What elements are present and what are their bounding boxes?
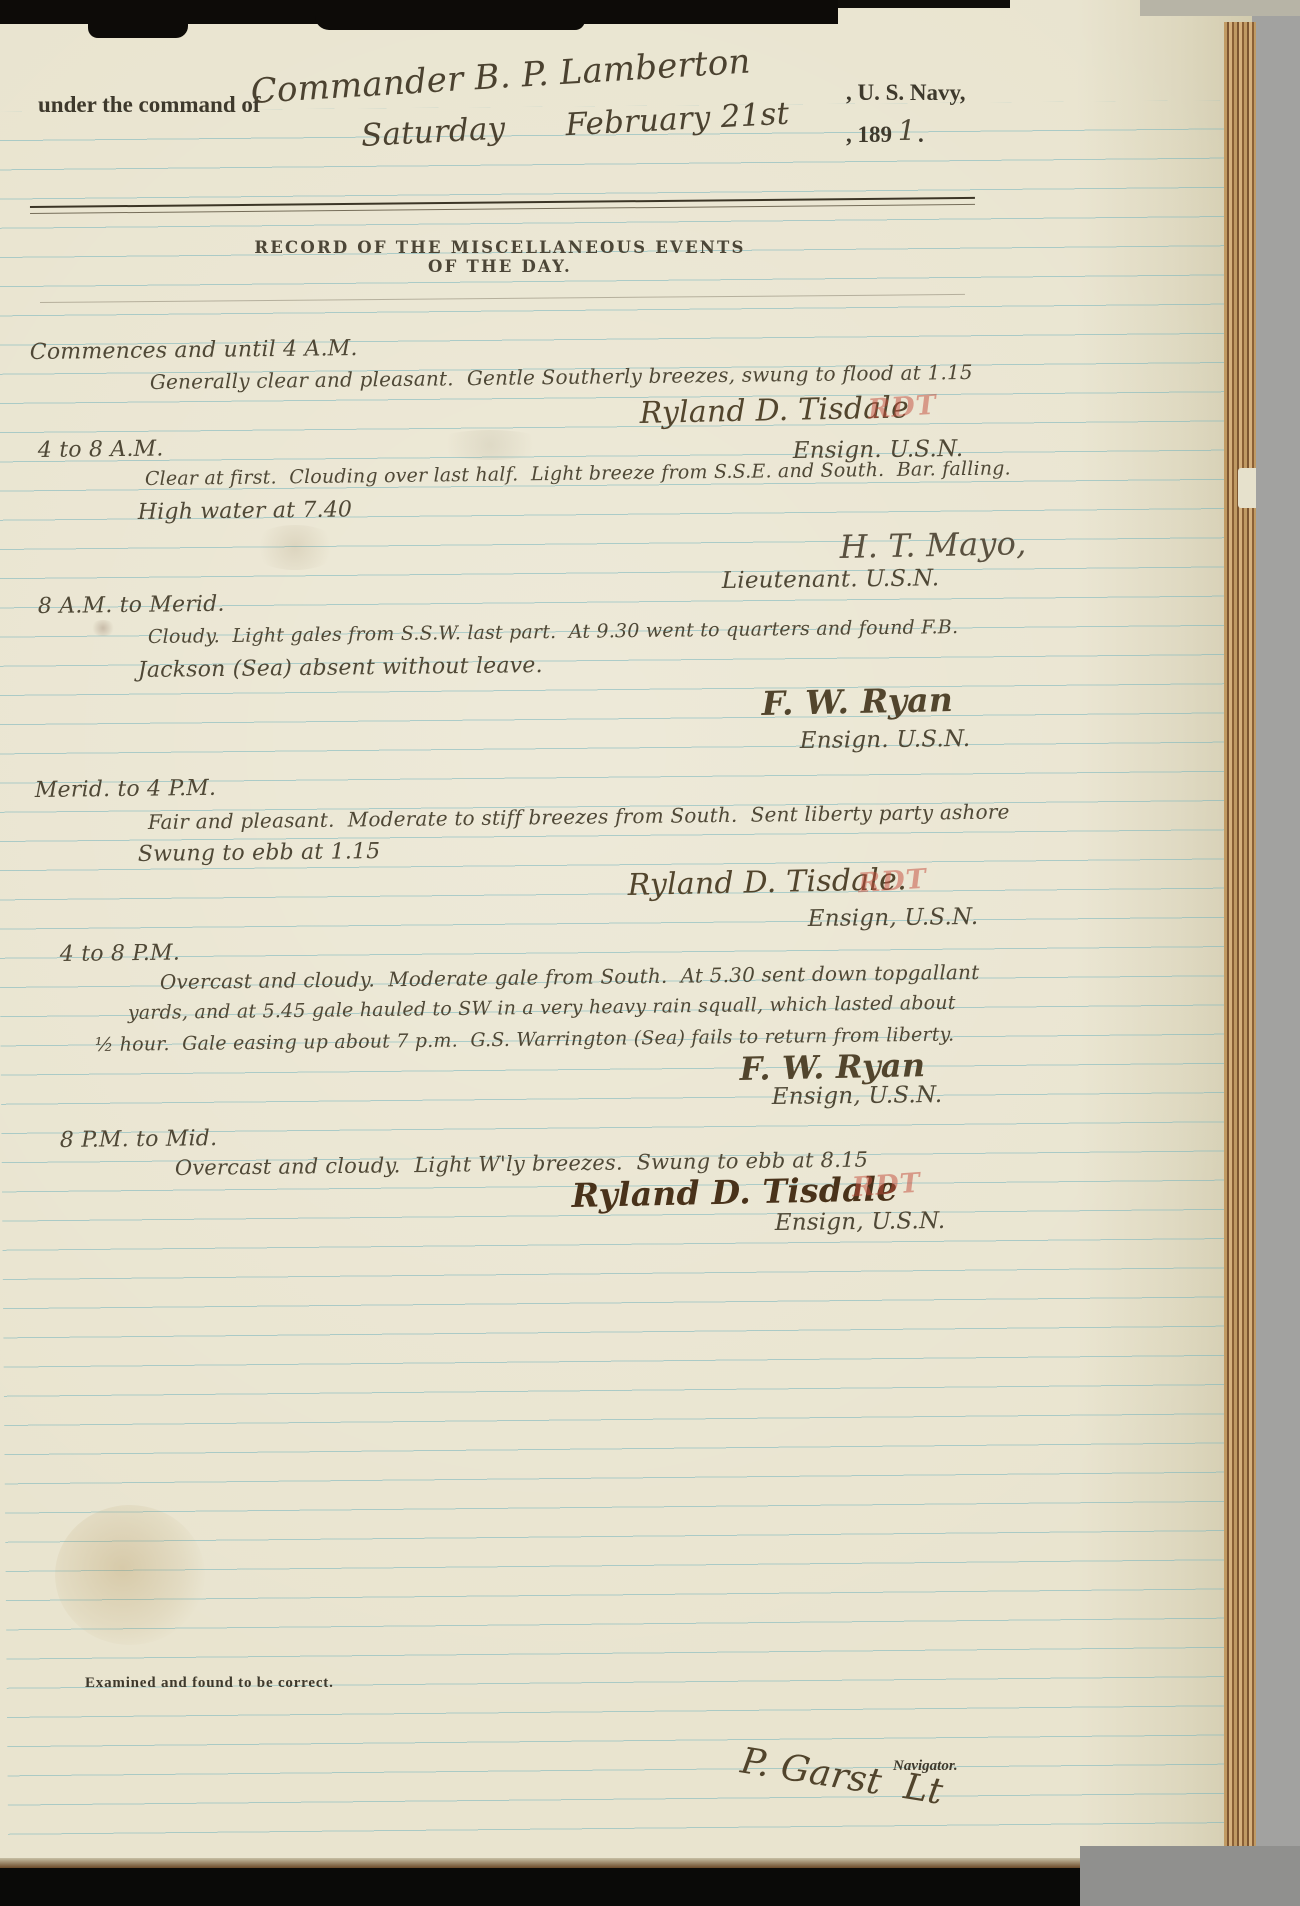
rank-line: Ensign, U.S.N.	[772, 1082, 943, 1110]
bottom-shadow-band	[0, 1868, 1080, 1906]
watch-label: 4 to 8 A.M.	[38, 436, 164, 463]
page-stack-edge	[1224, 22, 1256, 1868]
scanner-background	[1256, 0, 1300, 1906]
rank-line: Lieutenant. U.S.N.	[722, 565, 940, 594]
scanner-corner	[1080, 1846, 1300, 1906]
signature: H. T. Mayo,	[839, 524, 1027, 566]
watch-label: Merid. to 4 P.M.	[35, 776, 217, 803]
rank-line: Ensign, U.S.N.	[775, 1208, 946, 1236]
printed-year-period: .	[918, 122, 924, 148]
red-initial-stamp: RDT	[851, 1168, 922, 1204]
watch-label: Commences and until 4 A.M.	[30, 336, 358, 365]
page-title: RECORD OF THE MISCELLANEOUS EVENTS OF TH…	[250, 238, 750, 276]
red-initial-stamp: RDT	[867, 390, 938, 426]
rank-line: Ensign, U.S.N.	[808, 904, 979, 932]
watch-label: 8 P.M. to Mid.	[60, 1126, 218, 1153]
printed-command-prefix: under the command of	[38, 92, 261, 118]
rank-line: Ensign. U.S.N.	[800, 726, 971, 754]
entry-line: High water at 7.40	[138, 497, 353, 525]
year-digit-handwritten: 1	[898, 114, 916, 147]
printed-year-prefix: , 189	[846, 122, 892, 148]
top-shadow-band	[88, 0, 188, 38]
watch-label: 8 A.M. to Merid.	[38, 592, 225, 619]
navigator-printed-label: Navigator.	[893, 1758, 958, 1775]
entry-line: Swung to ebb at 1.15	[138, 839, 381, 867]
logbook-scan-page: under the command of Commander B. P. Lam…	[0, 0, 1300, 1906]
scanner-corner	[1140, 0, 1300, 16]
printed-navy-suffix: , U. S. Navy,	[846, 80, 966, 106]
signature: F. W. Ryan	[761, 680, 953, 723]
examined-statement: Examined and found to be correct.	[85, 1675, 334, 1692]
top-shadow-band	[315, 0, 585, 30]
entry-line: Jackson (Sea) absent without leave.	[138, 653, 543, 683]
red-initial-stamp: RDT	[857, 864, 928, 900]
bottom-page-edge	[0, 1858, 1080, 1868]
watch-label: 4 to 8 P.M.	[60, 941, 180, 967]
